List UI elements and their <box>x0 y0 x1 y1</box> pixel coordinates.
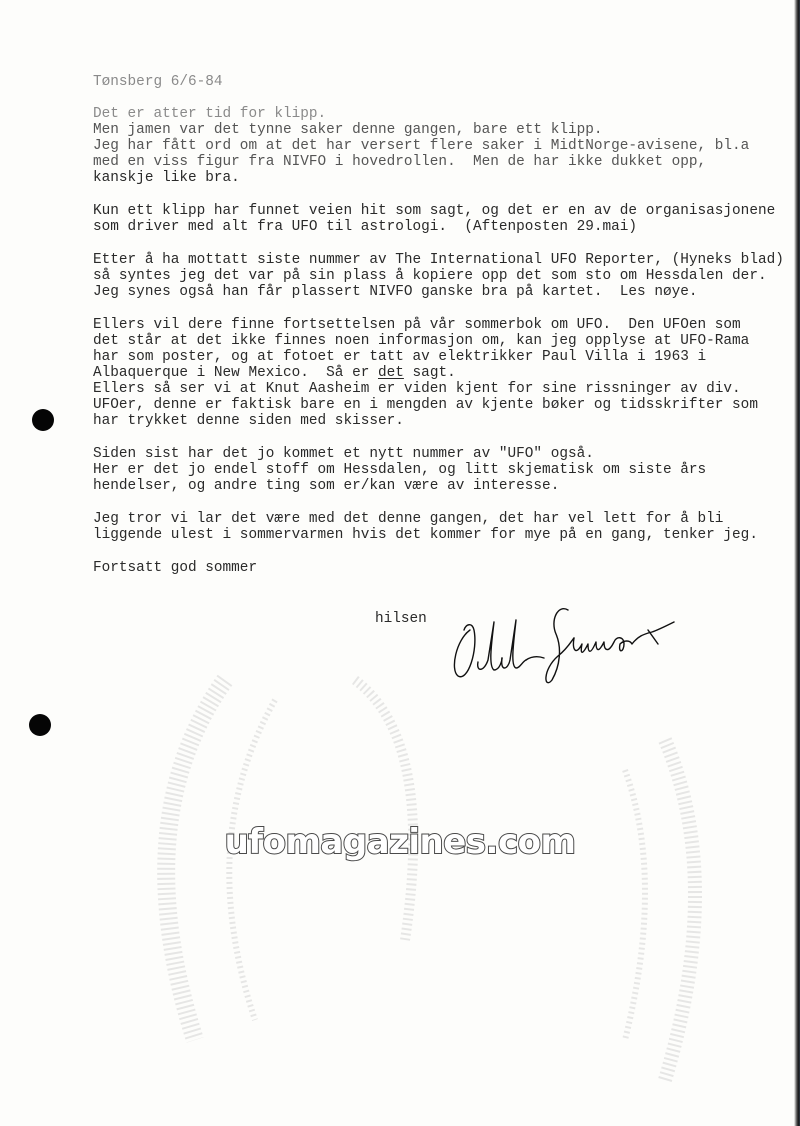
text-segment: sagt. <box>404 365 456 381</box>
text-line: har som poster, og at fotoet er tatt av … <box>93 349 706 365</box>
underlined-word: det <box>378 365 404 381</box>
text-line: kanskje like bra. <box>93 170 240 186</box>
text-line: Kun ett klipp har funnet veien hit som s… <box>93 203 775 219</box>
text-line: Jeg tror vi lar det være med det denne g… <box>93 511 723 527</box>
hole-punch-icon <box>29 714 51 736</box>
scan-edge-shadow <box>794 0 800 1126</box>
text-line: Jeg har fått ord om at det har versert f… <box>93 138 749 154</box>
watermark-text: ufomagazines.com <box>0 822 800 862</box>
place-date: Tønsberg 6/6-84 <box>93 74 223 90</box>
letter-body: Tønsberg 6/6-84 Det er atter tid for kli… <box>93 0 793 519</box>
text-line: så syntes jeg det var på sin plass å kop… <box>93 268 767 284</box>
text-line: med en viss figur fra NIVFO i hovedrolle… <box>93 154 706 170</box>
text-line: hendelser, og andre ting som er/kan være… <box>93 478 559 494</box>
text-line: har trykket denne siden med skisser. <box>93 413 404 429</box>
text-line: Her er det jo endel stoff om Hessdalen, … <box>93 462 706 478</box>
text-line: som driver med alt fra UFO til astrologi… <box>93 219 637 235</box>
text-line: Ellers så ser vi at Knut Aasheim er vide… <box>93 381 741 397</box>
text-line: det står at det ikke finnes noen informa… <box>93 333 749 349</box>
text-line: Ellers vil dere finne fortsettelsen på v… <box>93 317 741 333</box>
hole-punch-icon <box>32 409 54 431</box>
text-segment: Albaquerque i New Mexico. Så er <box>93 365 378 381</box>
text-line-with-underline: Albaquerque i New Mexico. Så er det sagt… <box>93 365 456 381</box>
text-line: liggende ulest i sommervarmen hvis det k… <box>93 527 758 543</box>
text-line: Det er atter tid for klipp. <box>93 106 326 122</box>
text-line: Siden sist har det jo kommet et nytt num… <box>93 446 594 462</box>
closing-greeting: hilsen <box>375 611 427 627</box>
text-line: Jeg synes også han får plassert NIVFO ga… <box>93 284 698 300</box>
text-line: Etter å ha mottatt siste nummer av The I… <box>93 252 784 268</box>
text-line: Fortsatt god sommer <box>93 560 257 576</box>
text-line: UFOer, denne er faktisk bare en i mengde… <box>93 397 758 413</box>
handwritten-signature-icon <box>448 600 683 685</box>
text-line: Men jamen var det tynne saker denne gang… <box>93 122 603 138</box>
